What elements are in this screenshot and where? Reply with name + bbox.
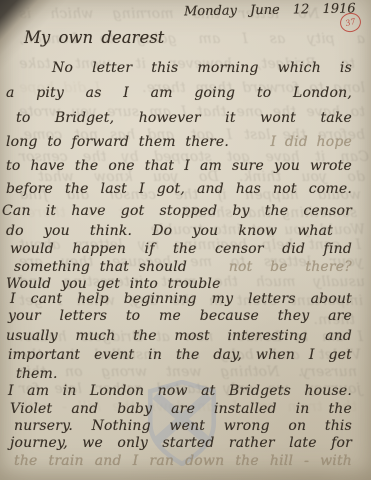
letter-line: I am in London now at Bridgets house.	[8, 382, 352, 400]
letter-line: Can it have got stopped by the censor	[2, 202, 352, 220]
scanned-letter-page: No letter this morning which isa pity as…	[0, 0, 371, 480]
letter-line-text: I am in London now at Bridgets house.	[8, 383, 352, 399]
letter-line-text: usually much the most interesting and	[6, 328, 352, 344]
letter-line-text: No letter this morning which is	[52, 60, 352, 76]
letter-line-text: do you think. Do you know what	[6, 223, 333, 239]
letter-line: to Bridget, however it wont take	[16, 109, 352, 127]
letter-line: Violet and baby are installed in the	[10, 400, 352, 418]
letter-line-text: Can it have got stopped by the censor	[2, 203, 352, 219]
letter-line: a pity as I am going to London,	[6, 84, 352, 102]
letter-line: do you think. Do you know what	[6, 222, 333, 240]
letter-line-text: important event in the day, when I get	[8, 347, 352, 363]
letter-line: No letter this morning which is	[52, 59, 352, 77]
letter-line: I cant help beginning my letters about	[10, 290, 352, 308]
letter-line: something that shouldnot be there?	[14, 258, 352, 276]
letter-line: would happen if the censor did find	[10, 240, 352, 258]
letter-line-text: to Bridget, however it wont take	[16, 110, 352, 126]
letter-line-faded-text: I did hope	[270, 133, 352, 151]
letter-line: before the last I got, and has not come.	[6, 180, 352, 198]
letter-line-text: nursery. Nothing went wrong on this	[14, 418, 352, 434]
letter-line-text: your letters to me because they are	[8, 308, 352, 324]
letter-line: usually much the most interesting and	[6, 327, 352, 345]
letter-line: the train and I ran down the hill - with	[14, 452, 352, 470]
letter-line: them.	[16, 365, 352, 383]
letter-line: important event in the day, when I get	[8, 346, 352, 364]
letter-line: long to forward them there.I did hope	[6, 133, 352, 151]
letter-line: to have the one that I am sure you wrote	[6, 157, 352, 175]
letter-line-text: to have the one that I am sure you wrote	[6, 158, 352, 174]
letter-line-text: something that should	[14, 258, 187, 276]
letter-line-text: Violet and baby are installed in the	[10, 401, 352, 417]
letter-line-text: before the last I got, and has not come.	[6, 181, 352, 197]
letter-line: your letters to me because they are	[8, 307, 352, 325]
letter-line-text: I cant help beginning my letters about	[10, 291, 352, 307]
letter-line-text: would happen if the censor did find	[10, 241, 352, 257]
letter-line-text: them.	[16, 366, 58, 382]
letter-line: journey, we only started rather late for	[10, 434, 352, 452]
letter-line-faded-text: not be there?	[229, 258, 352, 276]
letter-body: No letter this morning which isa pity as…	[0, 0, 371, 480]
letter-line: nursery. Nothing went wrong on this	[14, 417, 352, 435]
letter-line-text: journey, we only started rather late for	[10, 435, 352, 451]
letter-line-text: long to forward them there.	[6, 133, 229, 151]
letter-line-text: the train and I ran down the hill - with	[14, 453, 352, 469]
letter-line-text: a pity as I am going to London,	[6, 85, 352, 101]
